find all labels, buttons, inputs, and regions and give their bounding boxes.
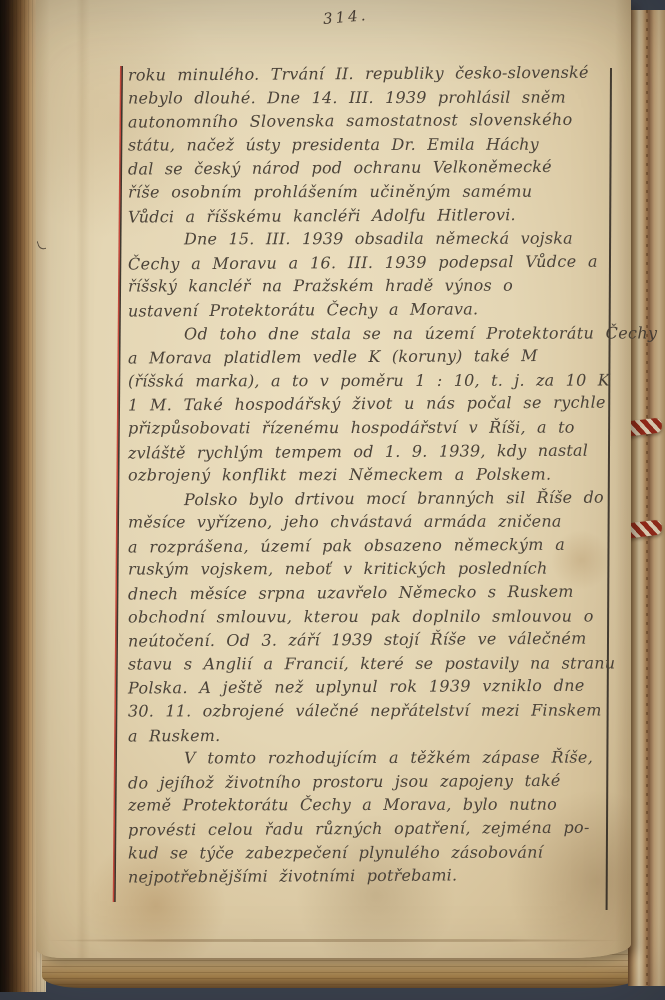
text-line: neútočení. Od 3. září 1939 stojí Říše ve… xyxy=(128,627,620,654)
text-line: říšský kancléř na Pražském hradě výnos o xyxy=(128,274,620,299)
text-line: (říšská marka), a to v poměru 1 : 10, t.… xyxy=(128,368,620,393)
text-line: a Morava platidlem vedle K (koruny) také… xyxy=(128,344,620,371)
text-line: Vůdci a říšskému kancléři Adolfu Hitlero… xyxy=(128,202,620,229)
text-line: Čechy a Moravu a 16. III. 1939 podepsal … xyxy=(128,249,620,276)
text-line: země Protektorátu Čechy a Morava, bylo n… xyxy=(128,793,620,818)
text-line: V tomto rozhodujícím a těžkém zápase Říš… xyxy=(128,746,620,771)
text-line: dnech měsíce srpna uzavřelo Německo s Ru… xyxy=(128,580,620,607)
photo-of-chronicle-book: 314. roku minulého. Trvání II. republiky… xyxy=(0,0,665,1000)
text-line: stavu s Anglií a Francií, které se posta… xyxy=(128,651,620,676)
text-line: kud se týče zabezpečení plynulého zásobo… xyxy=(128,840,620,865)
stray-ink-mark xyxy=(37,239,47,251)
text-line: zvláště rychlým tempem od 1. 9. 1939, kd… xyxy=(128,438,620,465)
text-line: ruským vojskem, neboť v kritických posle… xyxy=(128,557,620,582)
text-line: a Ruskem. xyxy=(128,721,620,748)
page-number: 314. xyxy=(322,6,369,28)
text-line: přizpůsobovati řízenému hospodářství v Ř… xyxy=(128,415,620,440)
text-line: obchodní smlouvu, kterou pak doplnilo sm… xyxy=(128,604,620,629)
text-line: Polsko bylo drtivou mocí branných sil Ří… xyxy=(128,485,620,512)
text-line: a rozprášena, území pak obsazeno německý… xyxy=(128,532,620,559)
text-line: státu, načež ústy presidenta Dr. Emila H… xyxy=(128,132,620,157)
margin-rule-left xyxy=(113,66,123,902)
text-line: nejpotřebnějšími životními potřebami. xyxy=(128,863,620,890)
text-line: ustavení Protektorátu Čechy a Morava. xyxy=(128,296,620,323)
text-line: dal se český národ pod ochranu Velkoněme… xyxy=(128,155,620,182)
right-page-stack xyxy=(628,10,665,986)
text-line: ozbrojený konflikt mezi Německem a Polsk… xyxy=(128,463,620,488)
text-line: Od toho dne stala se na území Protektorá… xyxy=(128,321,620,346)
text-line: provésti celou řadu různých opatření, ze… xyxy=(128,815,620,842)
page-bottom-fold xyxy=(42,939,627,942)
text-line: Polska. A ještě než uplynul rok 1939 vzn… xyxy=(128,674,620,701)
text-line: nebylo dlouhé. Dne 14. III. 1939 prohlás… xyxy=(128,85,620,110)
text-line: roku minulého. Trvání II. republiky česk… xyxy=(128,60,620,87)
handwritten-text: roku minulého. Trvání II. republiky česk… xyxy=(128,62,620,888)
text-line: Dne 15. III. 1939 obsadila německá vojsk… xyxy=(128,227,620,252)
text-line: do jejíhož životního prostoru jsou zapoj… xyxy=(128,768,620,795)
text-line: říše osobním prohlášením učiněným samému xyxy=(128,179,620,204)
text-line: měsíce vyřízeno, jeho chvástavá armáda z… xyxy=(128,510,620,535)
text-line: 30. 11. ozbrojené válečné nepřátelství m… xyxy=(128,699,620,724)
text-line: autonomního Slovenska samostatnost slove… xyxy=(128,108,620,135)
chronicle-page: 314. roku minulého. Trvání II. republiky… xyxy=(36,0,631,958)
text-line: 1 M. Také hospodářský život u nás počal … xyxy=(128,391,620,418)
